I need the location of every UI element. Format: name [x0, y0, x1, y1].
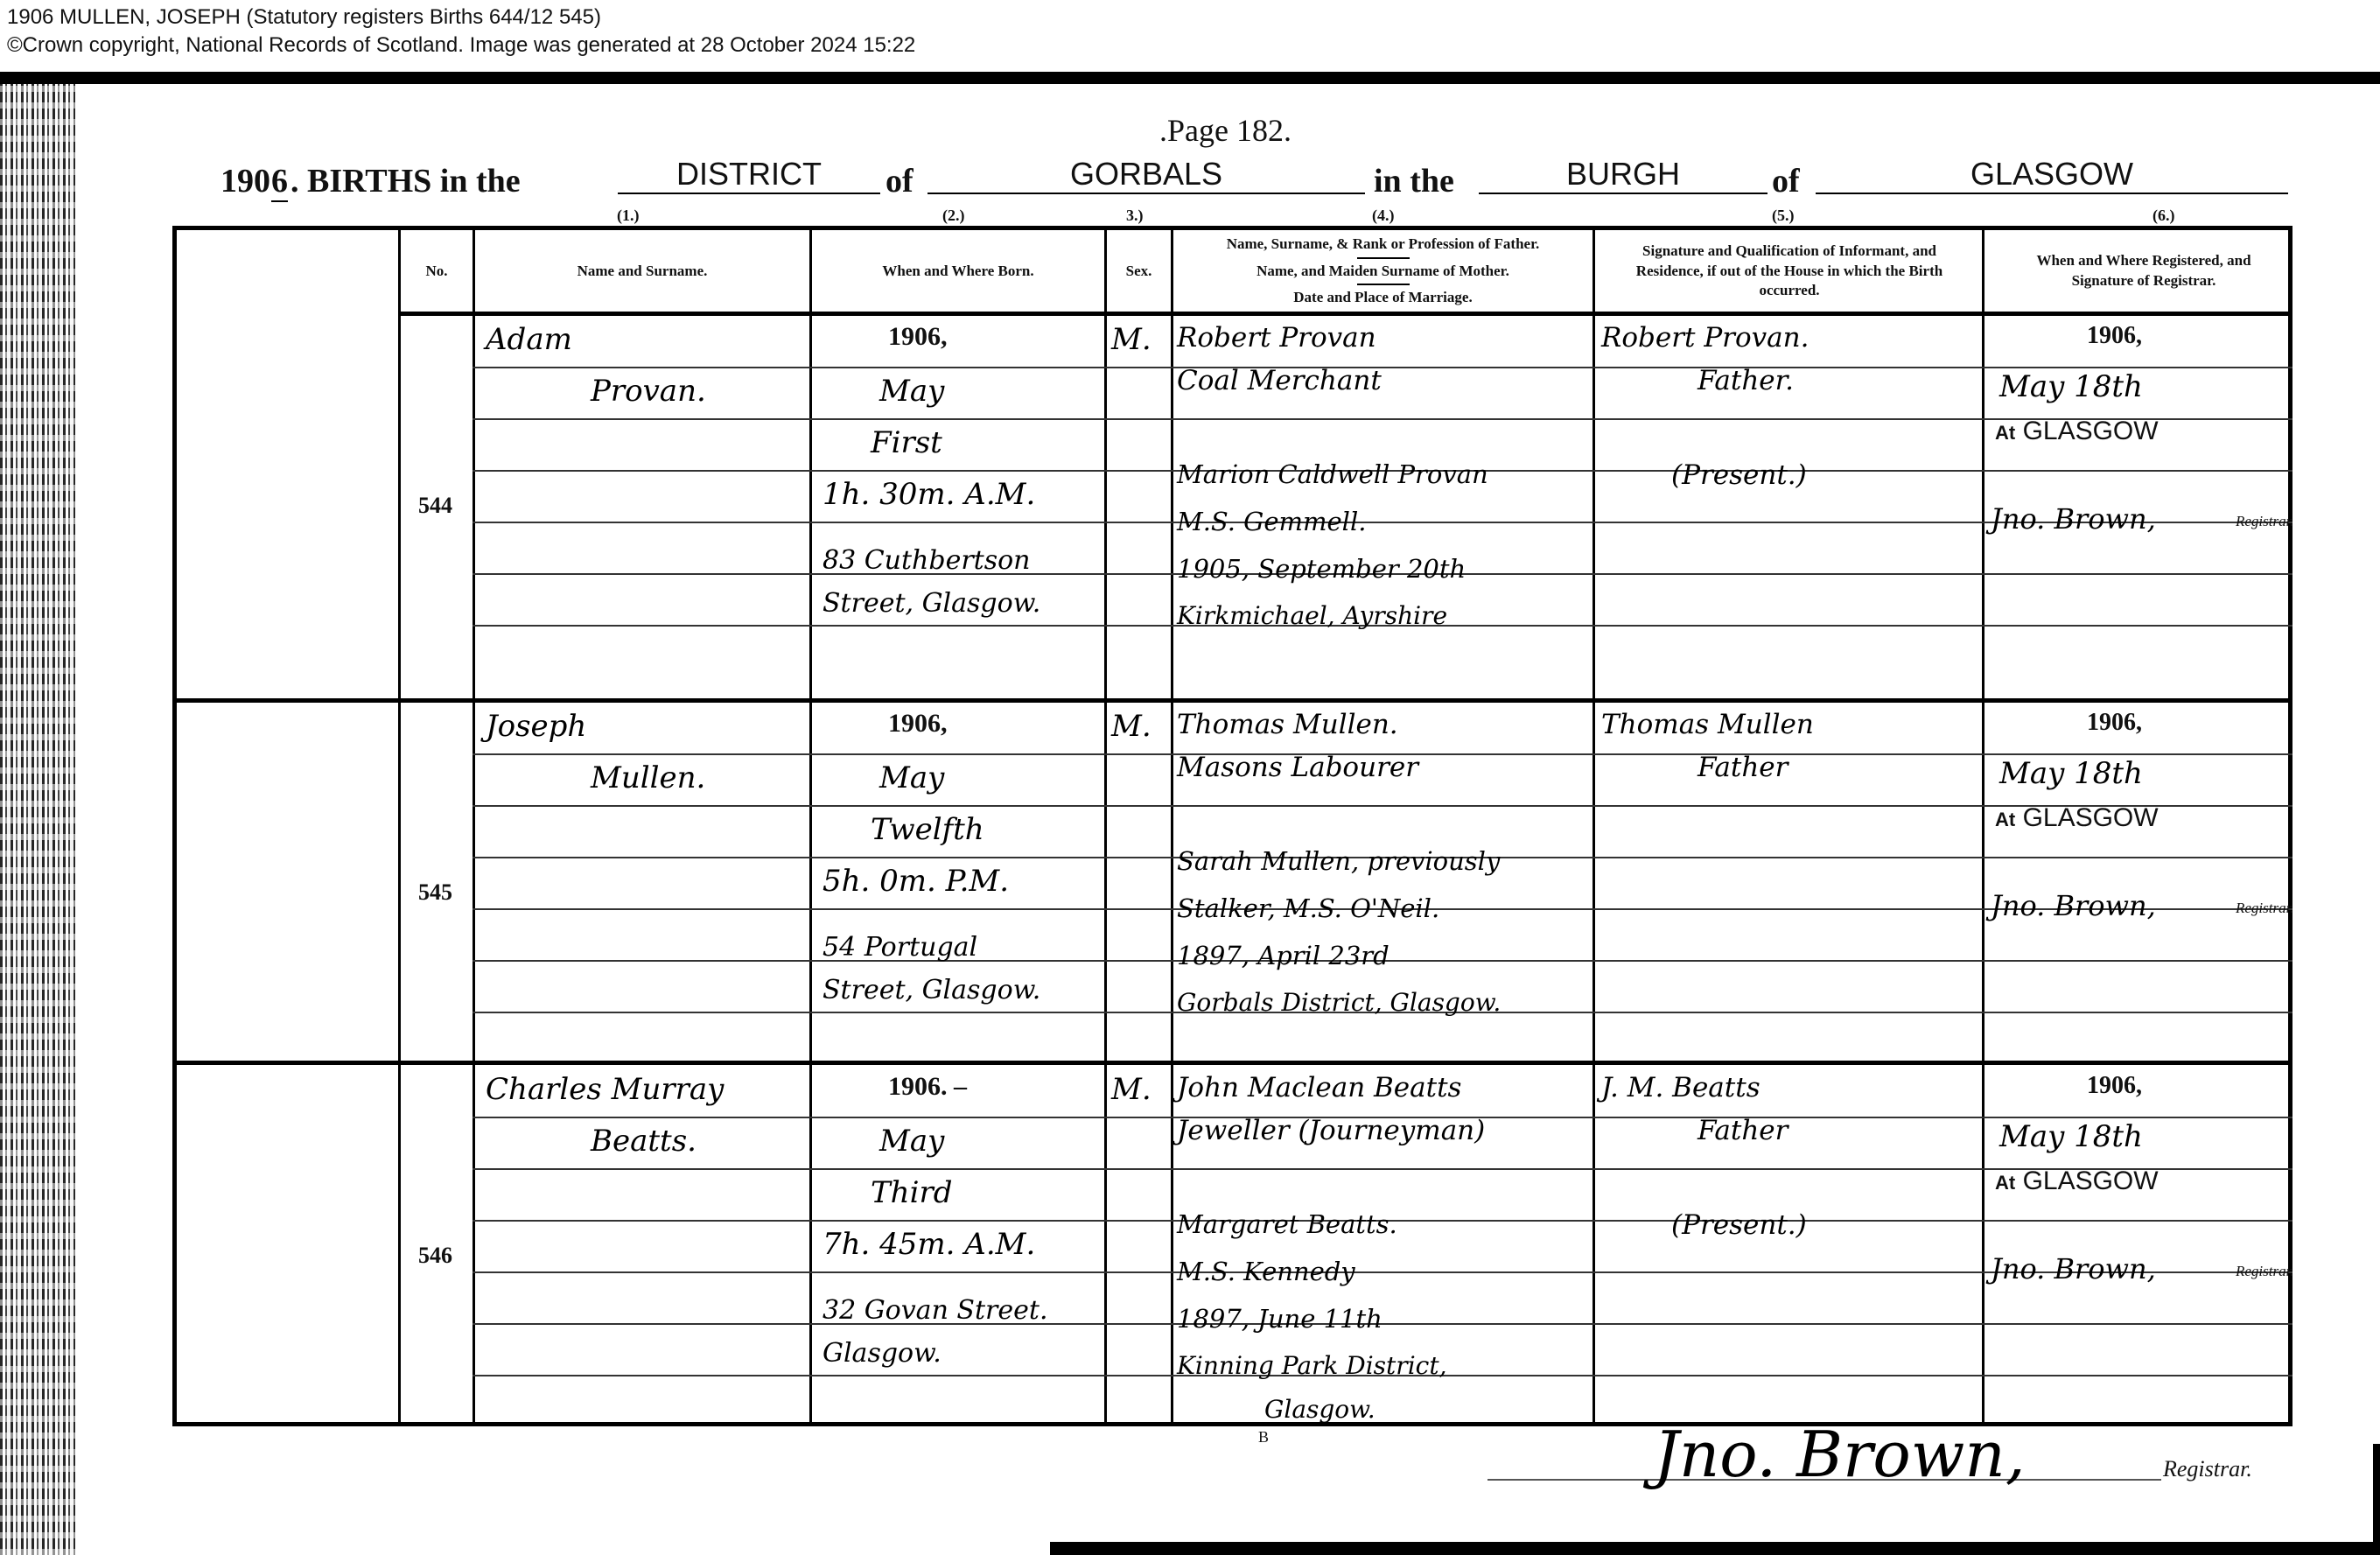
scan-top-edge — [0, 72, 2380, 84]
header-parents-father: Name, Surname, & Rank or Profession of F… — [1227, 235, 1540, 255]
scan-bottom-edge — [1050, 1542, 2380, 1555]
birth-place-line2: Street, Glasgow. — [822, 975, 1040, 1005]
registration-date: May 18th — [1999, 1119, 2143, 1154]
burgh-name-field: GLASGOW — [1816, 156, 2288, 194]
registrar-label: Registrar. — [2236, 900, 2294, 917]
header-born: When and Where Born. — [812, 229, 1104, 313]
informant-signature: Thomas Mullen — [1601, 709, 1814, 740]
column-number-5: (5.) — [1772, 207, 1795, 225]
informant-qualification: Father — [1697, 1115, 1788, 1146]
registration-place: GLASGOW — [2023, 803, 2159, 832]
registration-date: May 18th — [1999, 369, 2143, 404]
column-number-2: (2.) — [942, 207, 965, 225]
mother-name: Marion Caldwell Provan — [1177, 459, 1488, 489]
birth-time: 1h. 30m. A.M. — [822, 477, 1035, 512]
registration-date: May 18th — [1999, 756, 2143, 791]
column-divider — [1592, 226, 1595, 1426]
marriage-date: 1905, September 20th — [1177, 554, 1466, 584]
birth-year: 1906, — [888, 709, 948, 739]
father-occupation: Jeweller (Journeyman) — [1177, 1115, 1485, 1146]
registrar-label: Registrar. — [2236, 513, 2294, 530]
scan-binding-edge — [0, 84, 75, 1555]
marriage-date: 1897, June 11th — [1177, 1304, 1382, 1334]
child-forename: Charles Murray — [486, 1072, 724, 1107]
birth-day: First — [871, 425, 942, 460]
entry-divider — [172, 1061, 2292, 1065]
in-the-label: in the — [1374, 162, 1454, 200]
of-label-2: of — [1772, 162, 1800, 200]
entry-divider — [172, 698, 2292, 703]
marriage-place: Gorbals District, Glasgow. — [1177, 988, 1501, 1017]
header-parents-mother: Name, and Maiden Surname of Mother. — [1256, 262, 1509, 282]
father-name: Robert Provan — [1177, 322, 1376, 354]
registrar-label: Registrar. — [2163, 1456, 2252, 1482]
header-name: Name and Surname. — [475, 229, 809, 313]
informant-qualification: Father. — [1697, 365, 1794, 396]
birth-time: 7h. 45m. A.M. — [822, 1227, 1035, 1262]
sex: M. — [1111, 322, 1151, 357]
registration-year: 1906, — [2087, 709, 2142, 737]
registration-place-stamp: At GLASGOW — [1995, 417, 2159, 446]
header-informant: Signature and Qualification of Informant… — [1601, 229, 1977, 313]
header-rule — [1357, 284, 1410, 285]
registrar-label: Registrar. — [2236, 1263, 2294, 1280]
column-number-4: (4.) — [1372, 207, 1395, 225]
child-surname: Beatts. — [591, 1124, 696, 1159]
at-label: At — [1995, 809, 2015, 830]
birth-month: May — [879, 374, 944, 409]
registration-place-stamp: At GLASGOW — [1995, 803, 2159, 833]
child-forename: Joseph — [486, 709, 586, 744]
header-no: No. — [401, 229, 472, 313]
births-register-table — [172, 226, 2292, 1426]
sheet-mark: B — [1258, 1428, 1269, 1446]
informant-residence: (Present.) — [1671, 1209, 1807, 1241]
birth-year: 1906, — [888, 322, 948, 352]
column-number-1: (1.) — [617, 207, 640, 225]
informant-signature: J. M. Beatts — [1601, 1072, 1760, 1103]
entry-number: 546 — [418, 1243, 452, 1269]
column-number-6: (6.) — [2152, 207, 2175, 225]
sex: M. — [1111, 1072, 1151, 1107]
year-suffix: 6 — [271, 162, 288, 202]
marriage-date: 1897, April 23rd — [1177, 941, 1389, 970]
column-divider — [1171, 226, 1173, 1426]
informant-residence: (Present.) — [1671, 459, 1807, 491]
birth-place-line2: Street, Glasgow. — [822, 588, 1040, 619]
birth-month: May — [879, 1124, 944, 1159]
header-parents: Name, Surname, & Rank or Profession of F… — [1173, 229, 1592, 313]
entry-number: 544 — [418, 493, 452, 519]
sex: M. — [1111, 709, 1151, 744]
area-type-field: DISTRICT — [618, 156, 880, 194]
father-occupation: Masons Labourer — [1177, 752, 1418, 783]
ruled-line — [472, 1323, 2292, 1325]
birth-place-line1: 32 Govan Street. — [822, 1295, 1047, 1326]
header-sex: Sex. — [1107, 229, 1171, 313]
header-parents-marriage: Date and Place of Marriage. — [1293, 288, 1472, 308]
copyright-notice: ©Crown copyright, National Records of Sc… — [7, 33, 915, 58]
page-number: .Page 182. — [1159, 112, 1291, 149]
child-surname: Mullen. — [591, 760, 705, 795]
mother-name: Sarah Mullen, previously — [1177, 846, 1500, 876]
year-prefix: 190 — [220, 162, 270, 200]
header-registered: When and Where Registered, and Signature… — [2004, 229, 2284, 313]
mother-name: Margaret Beatts. — [1177, 1209, 1397, 1239]
marriage-place: Kinning Park District, — [1177, 1351, 1446, 1380]
scan-right-edge — [2373, 1444, 2380, 1555]
registration-place: GLASGOW — [2023, 417, 2159, 445]
column-divider — [398, 226, 401, 1426]
column-divider — [472, 226, 475, 1426]
births-label: . BIRTHS in the — [290, 162, 521, 200]
area-name-field: GORBALS — [927, 156, 1365, 194]
father-occupation: Coal Merchant — [1177, 365, 1382, 396]
of-label-1: of — [885, 162, 913, 200]
ruled-line — [472, 367, 2292, 368]
at-label: At — [1995, 422, 2015, 444]
child-surname: Provan. — [591, 374, 706, 409]
burgh-type-field: BURGH — [1479, 156, 1767, 194]
mother-maiden-surname: M.S. Kennedy — [1177, 1257, 1355, 1286]
record-title: 1906 MULLEN, JOSEPH (Statutory registers… — [7, 5, 601, 30]
column-number-3: 3.) — [1126, 207, 1144, 225]
birth-place-line1: 83 Cuthbertson — [822, 545, 1031, 576]
child-forename: Adam — [486, 322, 572, 357]
at-label: At — [1995, 1172, 2015, 1194]
column-divider — [1104, 226, 1107, 1426]
marriage-place-line2: Glasgow. — [1264, 1395, 1375, 1424]
birth-day: Twelfth — [871, 812, 984, 847]
birth-month: May — [879, 760, 944, 795]
header-rule — [1357, 257, 1410, 259]
registration-year: 1906, — [2087, 322, 2142, 350]
mother-maiden-surname: M.S. Gemmell. — [1177, 507, 1366, 536]
entry-number: 545 — [418, 879, 452, 906]
marriage-place: Kirkmichael, Ayrshire — [1177, 601, 1447, 630]
father-name: John Maclean Beatts — [1177, 1072, 1461, 1103]
column-divider — [809, 226, 812, 1426]
registration-place: GLASGOW — [2023, 1166, 2159, 1195]
registration-year: 1906, — [2087, 1072, 2142, 1100]
registrar-signature: Jno. Brown, — [1991, 889, 2156, 922]
birth-year: 1906. – — [888, 1072, 967, 1102]
column-divider — [1982, 226, 1984, 1426]
informant-signature: Robert Provan. — [1601, 322, 1809, 354]
registrar-signature: Jno. Brown, — [1991, 1252, 2156, 1285]
birth-place-line1: 54 Portugal — [822, 932, 977, 963]
birth-place-line2: Glasgow. — [822, 1338, 941, 1369]
registrar-signature: Jno. Brown, — [1654, 1418, 2026, 1491]
mother-maiden-surname: Stalker, M.S. O'Neil. — [1177, 893, 1439, 923]
birth-time: 5h. 0m. P.M. — [822, 864, 1009, 899]
informant-qualification: Father — [1697, 752, 1788, 783]
father-name: Thomas Mullen. — [1177, 709, 1398, 740]
registration-place-stamp: At GLASGOW — [1995, 1166, 2159, 1196]
birth-day: Third — [871, 1175, 952, 1210]
registrar-signature: Jno. Brown, — [1991, 502, 2156, 536]
